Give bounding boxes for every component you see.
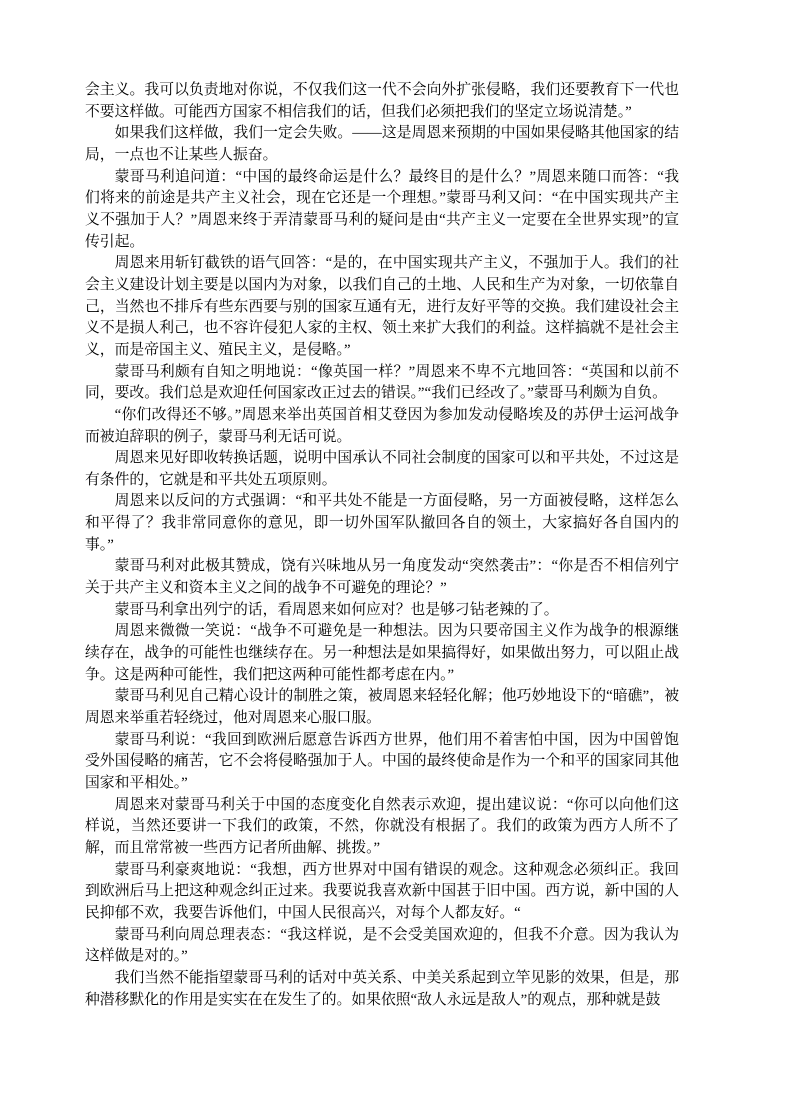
text-content: 会主义。我可以负责地对你说，不仅我们这一代不会向外扩张侵略，我们还要教育下一代也… (85, 80, 679, 1011)
paragraph: “你们改得还不够。”周恩来举出英国首相艾登因为参加发动侵略埃及的苏伊士运河战争而… (85, 405, 679, 448)
paragraph: 周恩来见好即收转换话题，说明中国承认不同社会制度的国家可以和平共处，不过这是有条… (85, 448, 679, 491)
paragraph: 蒙哥马利拿出列宁的话，看周恩来如何应对？也是够刁钻老辣的了。 (85, 600, 679, 622)
paragraph: 周恩来微微一笑说：“战争不可避免是一种想法。因为只要帝国主义作为战争的根源继续存… (85, 621, 679, 686)
paragraph: 蒙哥马利豪爽地说：“我想，西方世界对中国有错误的观念。这种观念必须纠正。我回到欧… (85, 860, 679, 925)
document-page: 会主义。我可以负责地对你说，不仅我们这一代不会向外扩张侵略，我们还要教育下一代也… (0, 0, 800, 1100)
paragraph: 蒙哥马利颇有自知之明地说：“像英国一样？”周恩来不卑不亢地回答：“英国和以前不同… (85, 362, 679, 405)
paragraph: 我们当然不能指望蒙哥马利的话对中英关系、中美关系起到立竿见影的效果，但是，那种潜… (85, 968, 679, 1011)
paragraph: 蒙哥马利对此极其赞成，饶有兴味地从另一角度发动“突然袭击”：“你是否不相信列宁关… (85, 556, 679, 599)
paragraph: 如果我们这样做，我们一定会失败。——这是周恩来预期的中国如果侵略其他国家的结局，… (85, 123, 679, 166)
paragraph: 蒙哥马利向周总理表态：“我这样说，是不会受美国欢迎的，但我不介意。因为我认为这样… (85, 925, 679, 968)
paragraph: 蒙哥马利见自己精心设计的制胜之策，被周恩来轻轻化解；他巧妙地设下的“暗礁”，被周… (85, 686, 679, 729)
paragraph: 蒙哥马利追问道：“中国的最终命运是什么？最终目的是什么？”周恩来随口而答：“我们… (85, 167, 679, 254)
paragraph: 会主义。我可以负责地对你说，不仅我们这一代不会向外扩张侵略，我们还要教育下一代也… (85, 80, 679, 123)
paragraph: 周恩来用斩钉截铁的语气回答：“是的，在中国实现共产主义，不强加于人。我们的社会主… (85, 253, 679, 361)
paragraph: 周恩来对蒙哥马利关于中国的态度变化自然表示欢迎，提出建议说：“你可以向他们这样说… (85, 795, 679, 860)
paragraph: 周恩来以反问的方式强调：“和平共处不能是一方面侵略，另一方面被侵略，这样怎么和平… (85, 491, 679, 556)
paragraph: 蒙哥马利说：“我回到欧洲后愿意告诉西方世界，他们用不着害怕中国，因为中国曾饱受外… (85, 730, 679, 795)
